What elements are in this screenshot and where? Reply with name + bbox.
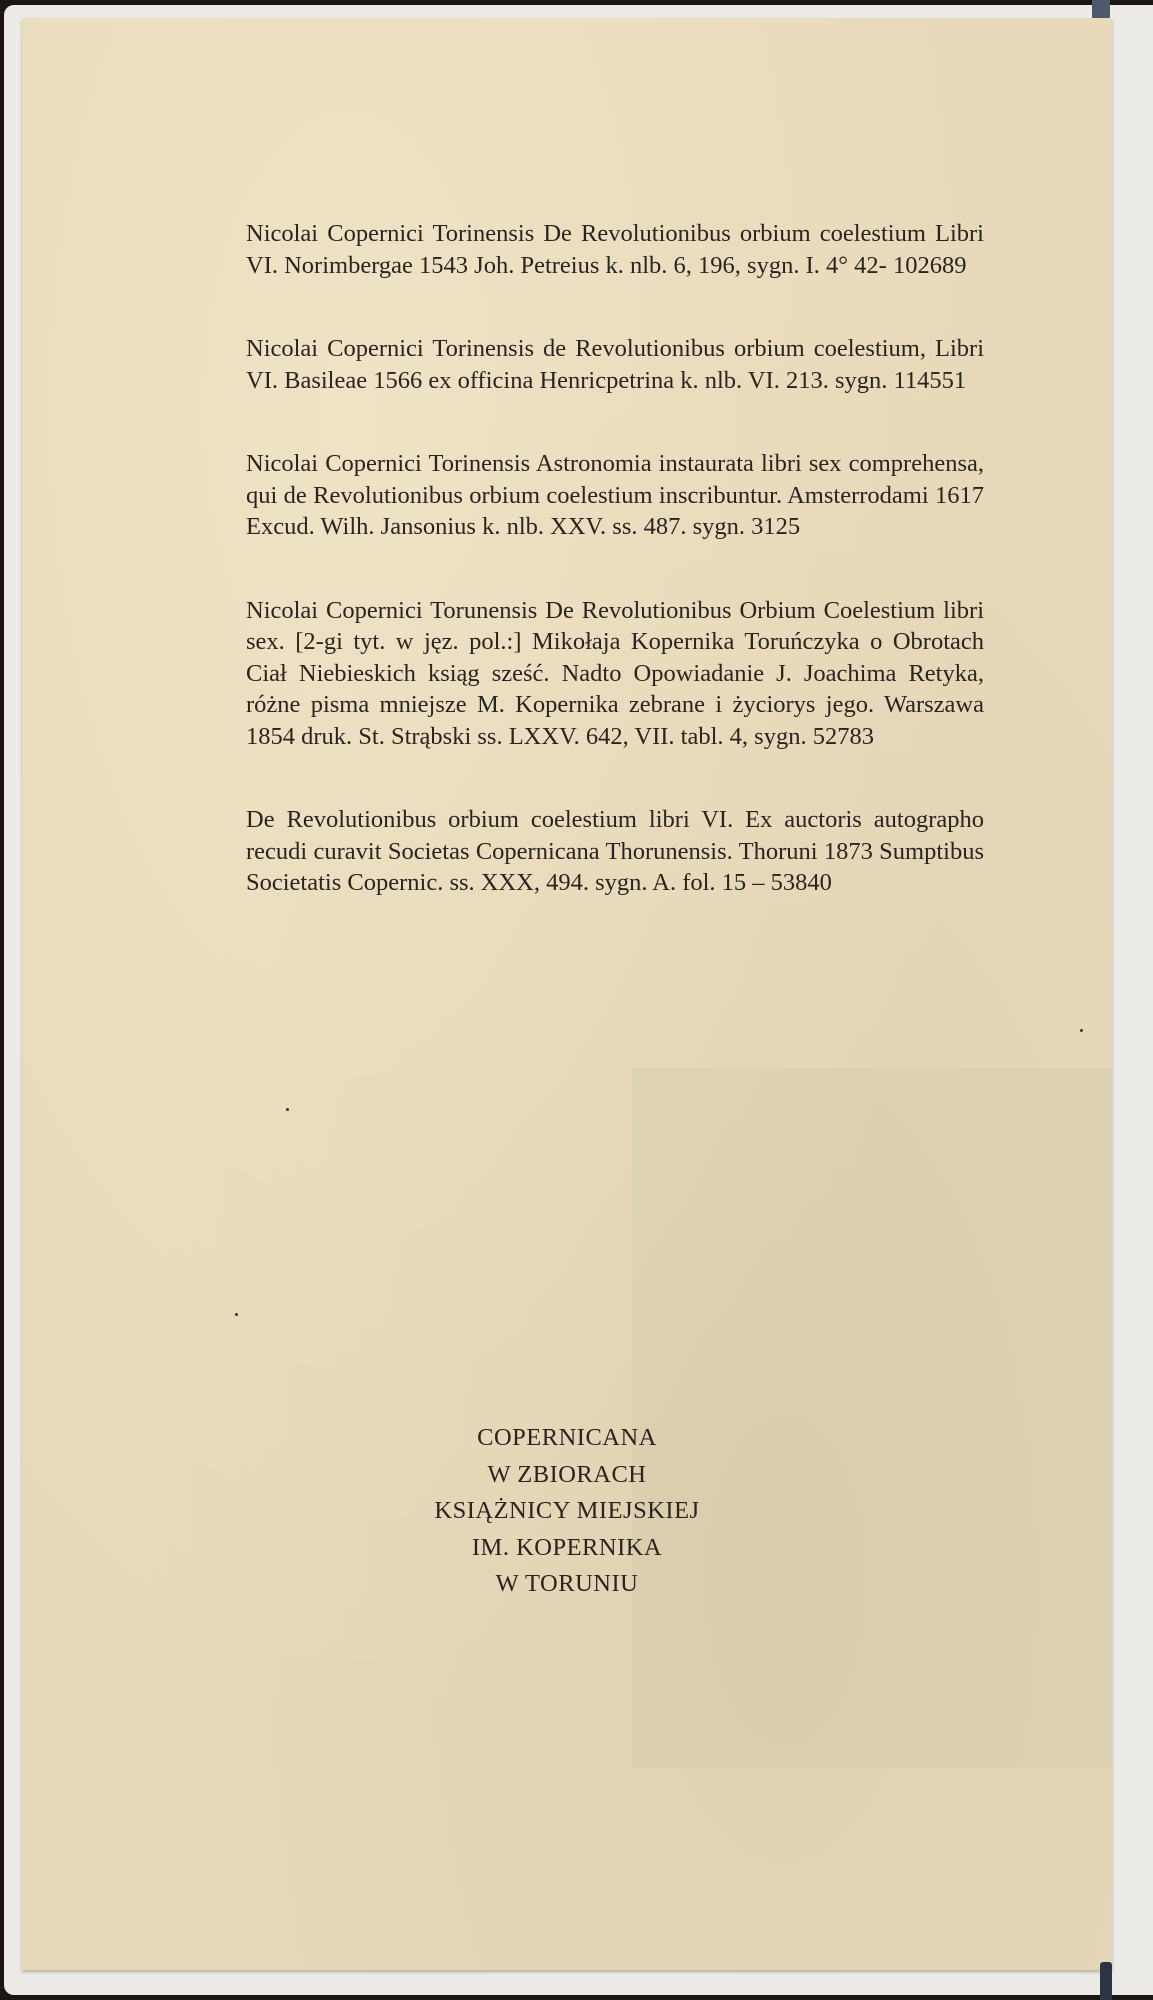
colophon-line-1: COPERNICANA (22, 1420, 1112, 1457)
bibliography-entry-1854: Nicolai Copernici Torunensis De Revoluti… (246, 595, 984, 753)
paper-speck (1080, 1029, 1083, 1032)
paper-page: Nicolai Copernici Torinensis De Revoluti… (22, 18, 1112, 1970)
bibliography-entry-1873: De Revolutionibus orbium coelestium libr… (246, 804, 984, 899)
colophon-line-5: W TORUNIU (22, 1566, 1112, 1603)
paper-shade (632, 1068, 1112, 1768)
bibliography-entry-1543: Nicolai Copernici Torinensis De Revoluti… (246, 218, 984, 281)
binding-thread-bottom (1100, 1962, 1112, 2000)
colophon-line-4: IM. KOPERNIKA (22, 1530, 1112, 1567)
paper-speck (235, 1313, 238, 1316)
bibliography-list: Nicolai Copernici Torinensis De Revoluti… (246, 218, 984, 951)
colophon-line-2: W ZBIORACH (22, 1457, 1112, 1494)
bibliography-entry-1617: Nicolai Copernici Torinensis Astronomia … (246, 448, 984, 543)
bibliography-entry-1566: Nicolai Copernici Torinensis de Revoluti… (246, 333, 984, 396)
colophon: COPERNICANA W ZBIORACH KSIĄŻNICY MIEJSKI… (22, 1420, 1112, 1603)
paper-speck (286, 1108, 289, 1111)
colophon-line-3: KSIĄŻNICY MIEJSKIEJ (22, 1493, 1112, 1530)
